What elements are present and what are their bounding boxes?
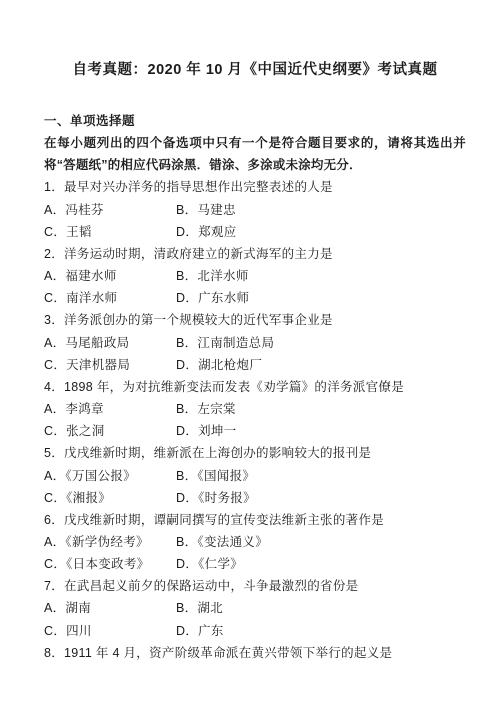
option-row: A．马尾船政局 B．江南制造总局 <box>44 332 466 354</box>
question-1: 1．最早对兴办洋务的指导思想作出完整表述的人是 A．冯桂芬 B．马建忠 C．王韬… <box>44 176 466 242</box>
option-d: D．《时务报》 <box>176 487 256 509</box>
option-c: C．王韬 <box>44 221 176 243</box>
option-b: B．左宗棠 <box>176 398 236 420</box>
option-row: C．四川 D．广东 <box>44 620 466 642</box>
question-stem: 4．1898 年，为对抗维新变法而发表《劝学篇》的洋务派官僚是 <box>44 376 466 398</box>
option-row: C．南洋水师 D．广东水师 <box>44 287 466 309</box>
option-a: A．《新学伪经考》 <box>44 531 176 553</box>
option-c: C．四川 <box>44 620 176 642</box>
question-2: 2．洋务运动时期，清政府建立的新式海军的主力是 A．福建水师 B．北洋水师 C．… <box>44 243 466 309</box>
option-b: B．湖北 <box>176 597 223 619</box>
option-a: A．《万国公报》 <box>44 465 176 487</box>
option-a: A．湖南 <box>44 597 176 619</box>
option-d: D．郑观应 <box>176 221 237 243</box>
option-row: C．《湘报》 D．《时务报》 <box>44 487 466 509</box>
option-c: C．张之洞 <box>44 420 176 442</box>
question-stem: 2．洋务运动时期，清政府建立的新式海军的主力是 <box>44 243 466 265</box>
option-a: A．马尾船政局 <box>44 332 176 354</box>
question-6: 6．戊戌维新时期，谭嗣同撰写的宣传变法维新主张的著作是 A．《新学伪经考》 B．… <box>44 509 466 575</box>
section-heading: 一、单项选择题 <box>44 110 466 132</box>
option-a: A．福建水师 <box>44 265 176 287</box>
option-row: C．张之洞 D．刘坤一 <box>44 420 466 442</box>
question-stem: 3．洋务派创办的第一个规模较大的近代军事企业是 <box>44 309 466 331</box>
option-row: A．《新学伪经考》 B．《变法通义》 <box>44 531 466 553</box>
question-3: 3．洋务派创办的第一个规模较大的近代军事企业是 A．马尾船政局 B．江南制造总局… <box>44 309 466 375</box>
option-d: D．湖北枪炮厂 <box>176 354 262 376</box>
option-row: C．天津机器局 D．湖北枪炮厂 <box>44 354 466 376</box>
question-4: 4．1898 年，为对抗维新变法而发表《劝学篇》的洋务派官僚是 A．李鸿章 B．… <box>44 376 466 442</box>
option-d: D．广东 <box>176 620 224 642</box>
question-stem: 6．戊戌维新时期，谭嗣同撰写的宣传变法维新主张的著作是 <box>44 509 466 531</box>
question-stem: 1．最早对兴办洋务的指导思想作出完整表述的人是 <box>44 176 466 198</box>
option-a: A．冯桂芬 <box>44 199 176 221</box>
question-8: 8．1911 年 4 月，资产阶级革命派在黄兴带领下举行的起义是 <box>44 642 466 664</box>
option-b: B．江南制造总局 <box>176 332 274 354</box>
option-row: A．李鸿章 B．左宗棠 <box>44 398 466 420</box>
option-b: B．北洋水师 <box>176 265 249 287</box>
option-b: B．《国闻报》 <box>176 465 255 487</box>
option-row: A．冯桂芬 B．马建忠 <box>44 199 466 221</box>
question-stem: 7．在武昌起义前夕的保路运动中，斗争最激烈的省份是 <box>44 575 466 597</box>
option-d: D．广东水师 <box>176 287 249 309</box>
option-c: C．南洋水师 <box>44 287 176 309</box>
question-7: 7．在武昌起义前夕的保路运动中，斗争最激烈的省份是 A．湖南 B．湖北 C．四川… <box>44 575 466 641</box>
option-row: C．王韬 D．郑观应 <box>44 221 466 243</box>
option-b: B．马建忠 <box>176 199 236 221</box>
question-5: 5．戊戌维新时期，维新派在上海创办的影响较大的报刊是 A．《万国公报》 B．《国… <box>44 442 466 508</box>
option-d: D．刘坤一 <box>176 420 237 442</box>
option-row: A．湖南 B．湖北 <box>44 597 466 619</box>
section-instructions: 在每小题列出的四个备选项中只有一个是符合题目要求的，请将其选出并将“答题纸”的相… <box>44 132 466 176</box>
option-row: A．福建水师 B．北洋水师 <box>44 265 466 287</box>
option-b: B．《变法通义》 <box>176 531 268 553</box>
exam-document-page: 自考真题：2020 年 10 月《中国近代史纲要》考试真题 一、单项选择题 在每… <box>0 0 500 707</box>
option-row: C．《日本变政考》 D．《仁学》 <box>44 553 466 575</box>
option-c: C．天津机器局 <box>44 354 176 376</box>
question-stem: 5．戊戌维新时期，维新派在上海创办的影响较大的报刊是 <box>44 442 466 464</box>
document-title: 自考真题：2020 年 10 月《中国近代史纲要》考试真题 <box>44 58 466 79</box>
option-a: A．李鸿章 <box>44 398 176 420</box>
option-row: A．《万国公报》 B．《国闻报》 <box>44 465 466 487</box>
option-c: C．《湘报》 <box>44 487 176 509</box>
option-c: C．《日本变政考》 <box>44 553 176 575</box>
option-d: D．《仁学》 <box>176 553 243 575</box>
question-stem: 8．1911 年 4 月，资产阶级革命派在黄兴带领下举行的起义是 <box>44 642 466 664</box>
